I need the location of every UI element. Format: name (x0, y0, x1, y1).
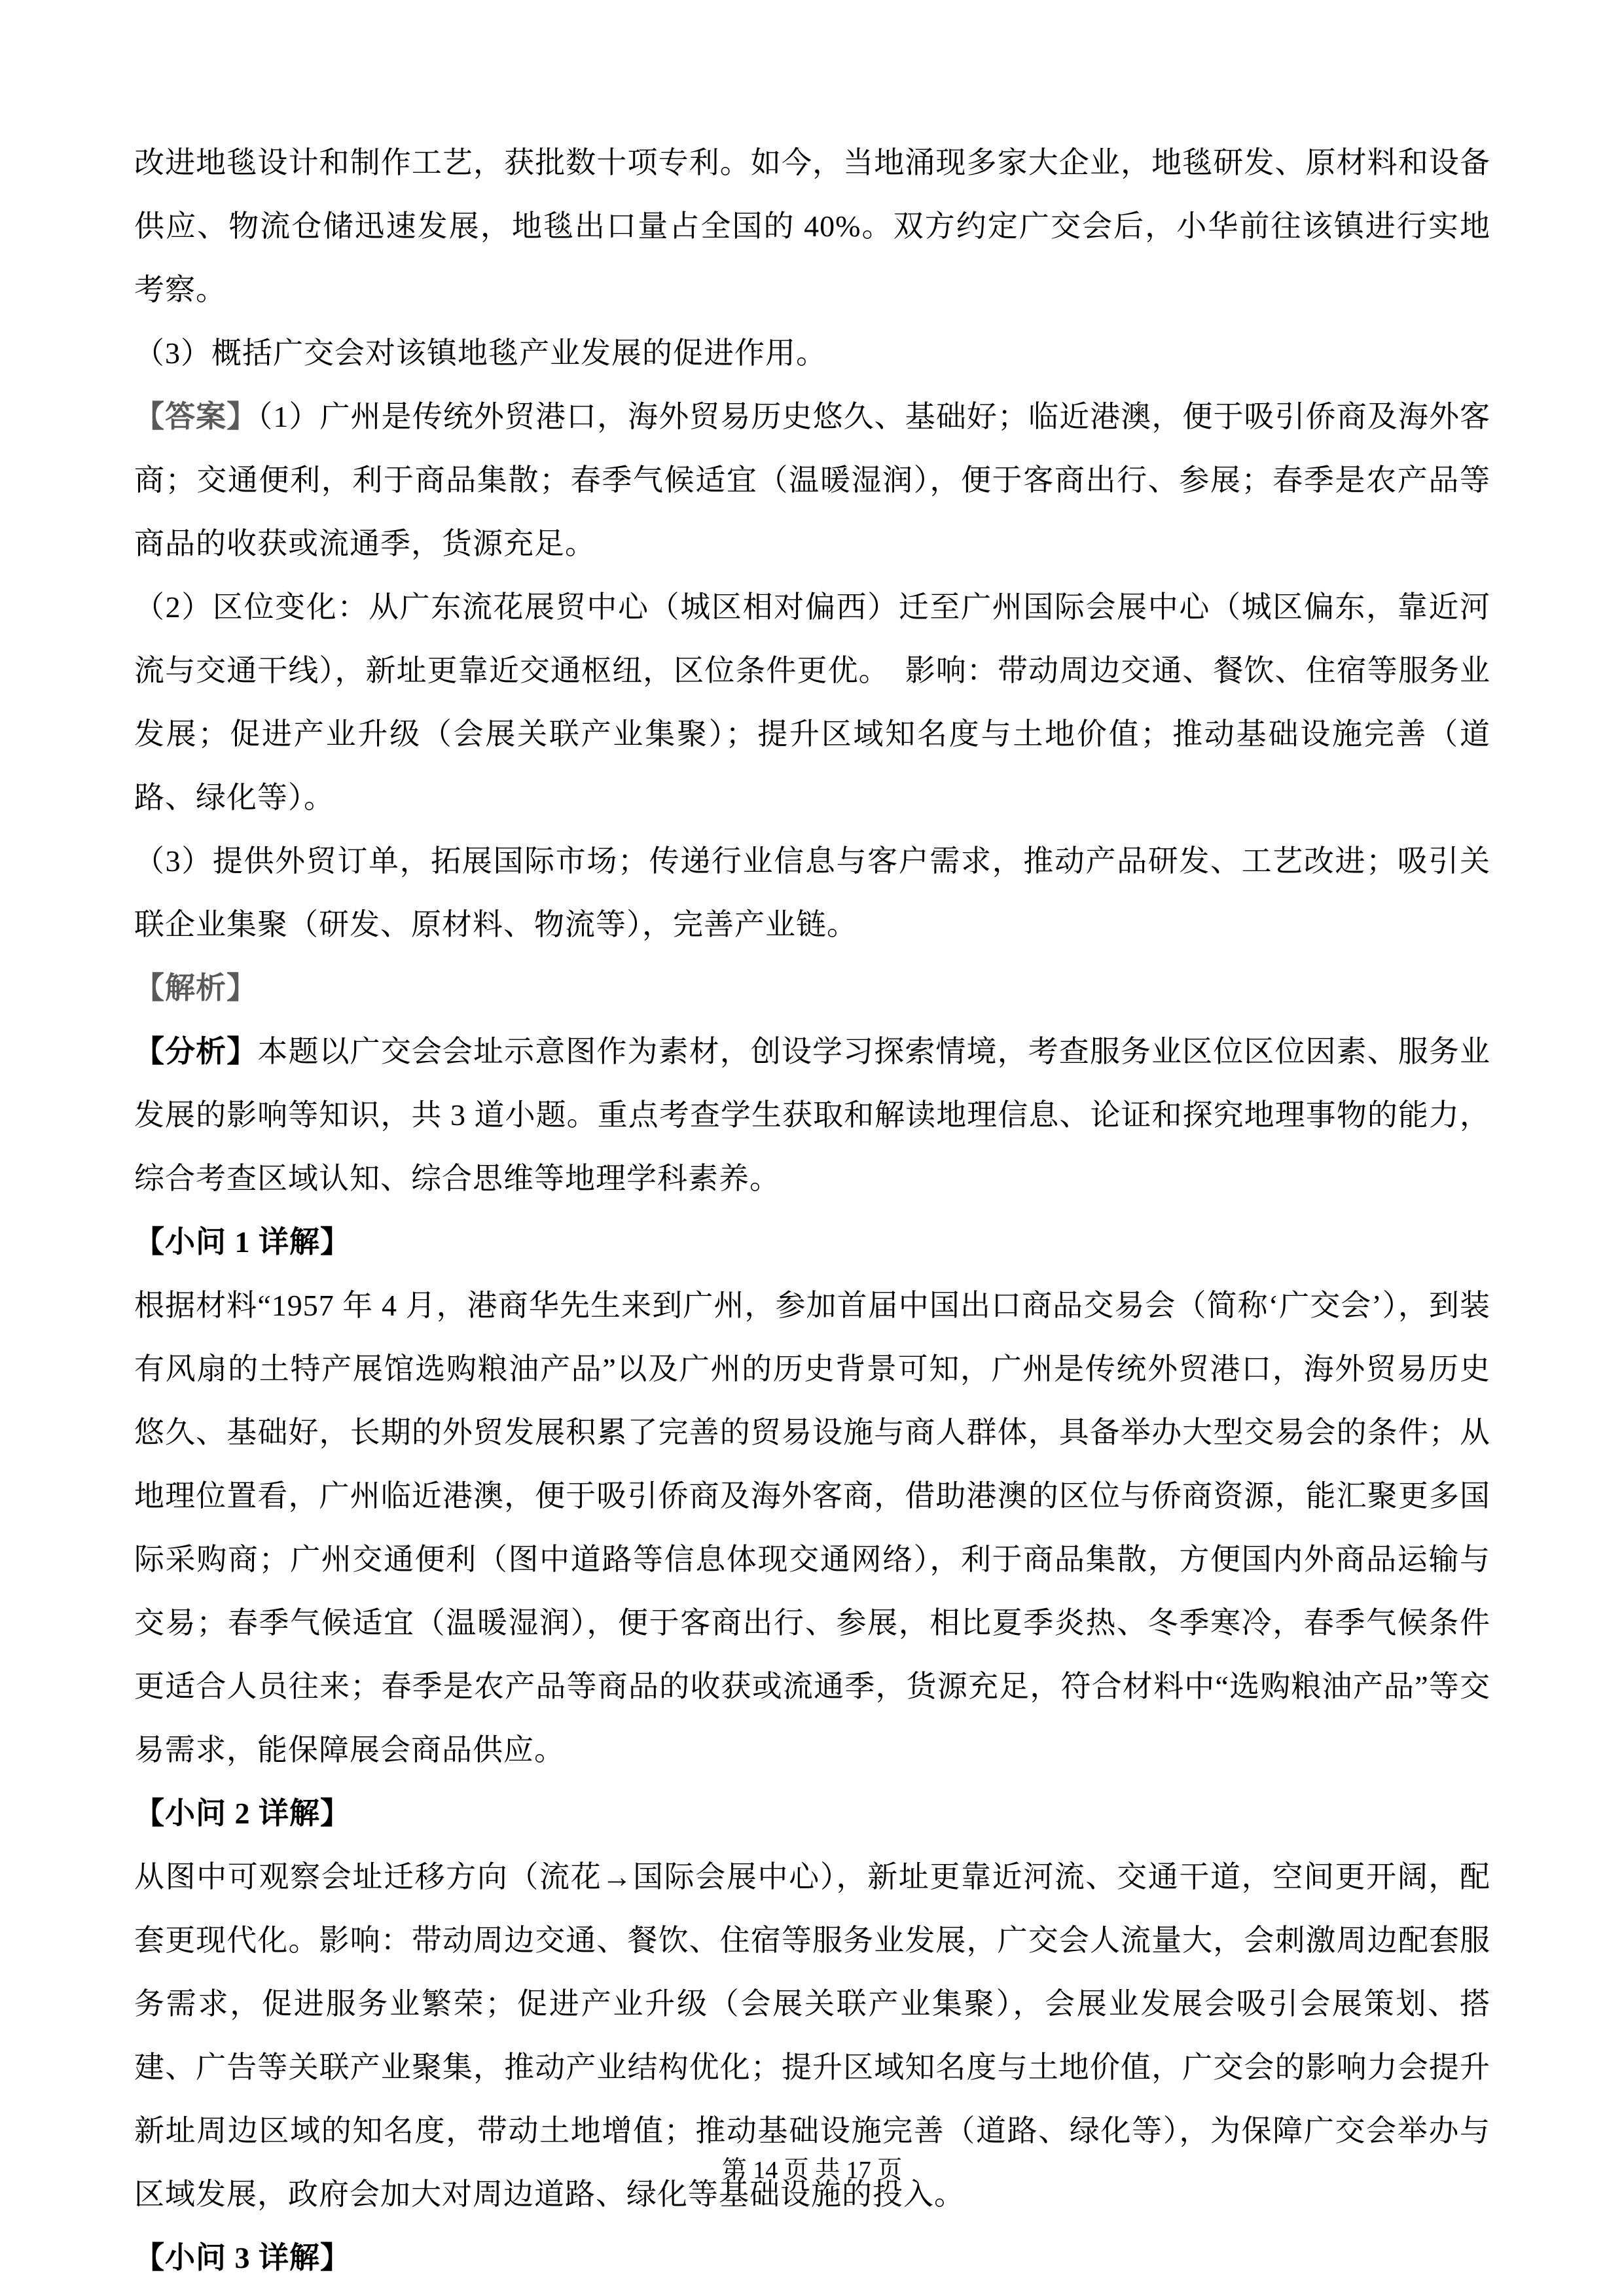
subquestion-1-explanation-text: 根据材料“1957 年 4 月，港商华先生来到广州，参加首届中国出口商品交易会（… (134, 1289, 1490, 1767)
subquestion-1-explanation: 根据材料“1957 年 4 月，港商华先生来到广州，参加首届中国出口商品交易会（… (134, 1274, 1490, 1782)
subquestion-1-heading-text: 【小问 1 详解】 (134, 1225, 351, 1259)
answer-paragraph: 【答案】（1）广州是传统外贸港口，海外贸易历史悠久、基础好；临近港澳，便于吸引侨… (134, 385, 1490, 575)
subquestion-2-heading-text: 【小问 2 详解】 (134, 1797, 351, 1830)
answer-part-2-text: （2）区位变化：从广东流花展贸中心（城区相对偏西）迁至广州国际会展中心（城区偏东… (134, 590, 1490, 814)
page-number-footer: 第 14 页 共 17 页 (0, 2155, 1624, 2186)
analysis-label: 【分析】 (134, 1035, 257, 1068)
page-indicator: 第 14 页 共 17 页 (722, 2157, 903, 2184)
subquestion-1-heading: 【小问 1 详解】 (134, 1210, 1490, 1274)
subquestion-3-heading-text: 【小问 3 详解】 (134, 2241, 351, 2274)
analysis-section-label: 【解析】 (134, 956, 1490, 1020)
document-body: 改进地毯设计和制作工艺，获批数十项专利。如今，当地涌现多家大企业，地毯研发、原材… (134, 131, 1490, 2289)
analysis-text: 本题以广交会会址示意图作为素材，创设学习探索情境，考查服务业区位区位因素、服务业… (134, 1035, 1490, 1195)
subquestion-2-heading: 【小问 2 详解】 (134, 1782, 1490, 1845)
answer-part-1-text: （1）广州是传统外贸港口，海外贸易历史悠久、基础好；临近港澳，便于吸引侨商及海外… (134, 400, 1490, 560)
answer-label: 【答案】 (134, 400, 257, 433)
material-text-continued: 改进地毯设计和制作工艺，获批数十项专利。如今，当地涌现多家大企业，地毯研发、原材… (134, 131, 1490, 321)
analysis-paragraph: 【分析】本题以广交会会址示意图作为素材，创设学习探索情境，考查服务业区位区位因素… (134, 1020, 1490, 1210)
answer-part-3-text: （3）提供外贸订单，拓展国际市场；传递行业信息与客户需求，推动产品研发、工艺改进… (134, 844, 1490, 941)
question-3-text: （3）概括广交会对该镇地毯产业发展的促进作用。 (134, 336, 827, 370)
document-page: 改进地毯设计和制作工艺，获批数十项专利。如今，当地涌现多家大企业，地毯研发、原材… (0, 0, 1624, 2296)
answer-part-2: （2）区位变化：从广东流花展贸中心（城区相对偏西）迁至广州国际会展中心（城区偏东… (134, 575, 1490, 829)
question-3: （3）概括广交会对该镇地毯产业发展的促进作用。 (134, 321, 1490, 385)
analysis-section-label-text: 【解析】 (134, 971, 257, 1005)
material-text: 改进地毯设计和制作工艺，获批数十项专利。如今，当地涌现多家大企业，地毯研发、原材… (134, 146, 1490, 306)
subquestion-3-heading: 【小问 3 详解】 (134, 2226, 1490, 2289)
answer-part-3: （3）提供外贸订单，拓展国际市场；传递行业信息与客户需求，推动产品研发、工艺改进… (134, 829, 1490, 956)
